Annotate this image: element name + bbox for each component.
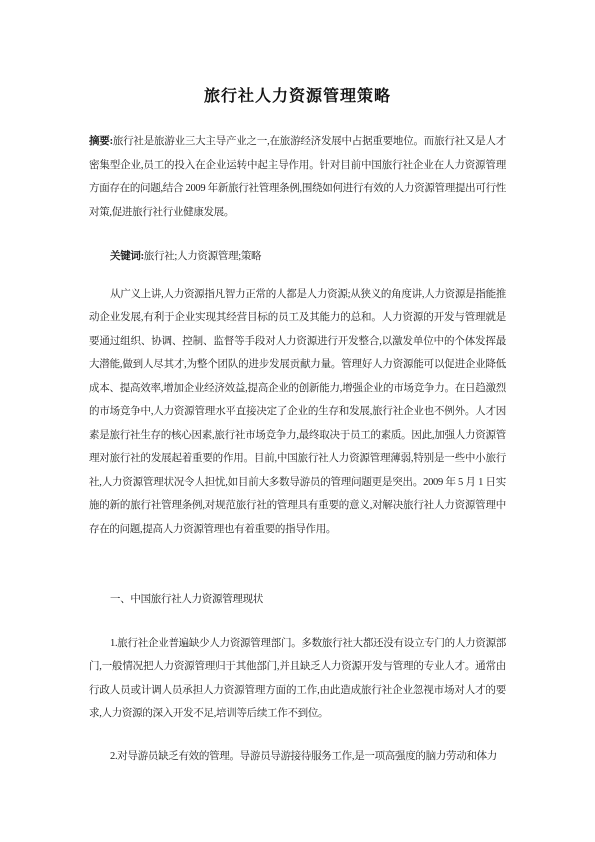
intro-paragraph: 从广义上讲,人力资源指凡智力正常的人都是人力资源;从狭义的角度讲,人力资源是指能… bbox=[89, 283, 506, 542]
keywords-line: 关键词:旅行社;人力资源管理;策略 bbox=[89, 245, 506, 269]
section-heading: 一、中国旅行社人力资源管理现状 bbox=[89, 588, 506, 612]
page-title: 旅行社人力资源管理策略 bbox=[89, 0, 506, 110]
document-page: 旅行社人力资源管理策略 摘要:旅行社是旅游业三大主导产业之一,在旅游经济发展中占… bbox=[0, 0, 595, 842]
abstract-paragraph: 摘要:旅行社是旅游业三大主导产业之一,在旅游经济发展中占据重要地位。而旅行社又是… bbox=[89, 130, 506, 224]
abstract-label: 摘要: bbox=[89, 136, 113, 147]
keywords-label: 关键词: bbox=[110, 251, 144, 262]
section-paragraph-1: 1.旅行社企业普遍缺少人力资源管理部门。多数旅行社大都还没有设立专门的人力资源部… bbox=[89, 632, 506, 726]
keywords-text: 旅行社;人力资源管理;策略 bbox=[144, 251, 261, 262]
abstract-text: 旅行社是旅游业三大主导产业之一,在旅游经济发展中占据重要地位。而旅行社又是人才密… bbox=[89, 136, 506, 218]
section-paragraph-2: 2.对导游员缺乏有效的管理。导游员导游接待服务工作,是一项高强度的脑力劳动和体力 bbox=[89, 745, 506, 769]
document-content: 旅行社人力资源管理策略 摘要:旅行社是旅游业三大主导产业之一,在旅游经济发展中占… bbox=[0, 0, 595, 768]
